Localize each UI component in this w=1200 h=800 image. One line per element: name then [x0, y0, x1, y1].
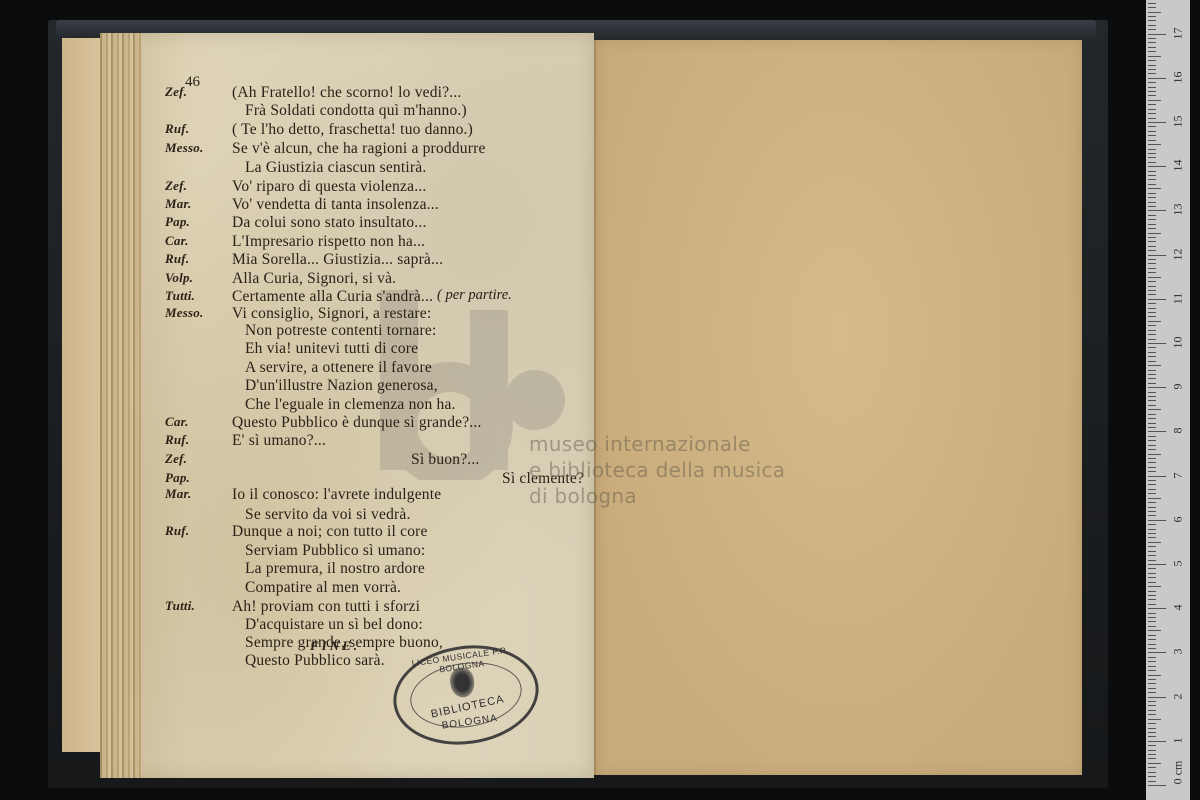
- ruler-label: 0 cm: [1171, 755, 1186, 791]
- ruler-tick: [1148, 560, 1156, 561]
- ruler-tick: [1148, 613, 1156, 614]
- ruler-label: 4: [1171, 598, 1186, 618]
- verse-line: Ruf.E' sì umano?...: [165, 432, 585, 451]
- ruler-tick: [1148, 233, 1161, 234]
- verse-text: Mia Sorella... Giustizia... saprà...: [232, 251, 443, 269]
- speaker-label: Messo.: [165, 305, 203, 321]
- verse-line: La premura, il nostro ardore: [165, 560, 585, 579]
- ruler-tick: [1148, 440, 1156, 441]
- ruler-tick: [1148, 427, 1156, 428]
- ruler-tick: [1148, 524, 1156, 525]
- verse-line: Tutti.Ah! proviam con tutti i sforzi: [165, 598, 585, 617]
- speaker-label: Messo.: [165, 140, 203, 156]
- ruler-tick: [1148, 732, 1156, 733]
- speaker-label: Pap.: [165, 214, 190, 230]
- ruler-tick: [1148, 206, 1156, 207]
- ruler-tick: [1148, 387, 1166, 388]
- ruler-tick: [1148, 16, 1156, 17]
- ruler-tick: [1148, 109, 1156, 110]
- ruler-tick: [1148, 140, 1156, 141]
- watermark-text: museo internazionale e biblioteca della …: [529, 431, 785, 509]
- verse-line: Ruf.Dunque a noi; con tutto il core: [165, 523, 585, 542]
- ruler-tick: [1148, 595, 1156, 596]
- verse-text: Certamente alla Curia s'andrà...: [232, 288, 433, 306]
- ruler-label: 2: [1171, 686, 1186, 706]
- ruler-tick: [1148, 670, 1156, 671]
- ruler-tick: [1148, 577, 1156, 578]
- ruler-label: 11: [1171, 288, 1186, 308]
- verse-line: Messo.Se v'è alcun, che ha ragioni a pro…: [165, 140, 585, 159]
- verse-text: Serviam Pubblico sì umano:: [245, 542, 425, 560]
- ruler-tick: [1148, 476, 1166, 477]
- verse-line: Zef.Sì buon?...: [165, 451, 585, 470]
- ruler-tick: [1148, 414, 1156, 415]
- ruler-tick: [1148, 454, 1161, 455]
- speaker-label: Ruf.: [165, 251, 189, 267]
- ruler-tick: [1148, 644, 1156, 645]
- ruler-tick: [1148, 781, 1156, 782]
- speaker-label: Ruf.: [165, 121, 189, 137]
- ruler-tick: [1148, 458, 1156, 459]
- ruler-tick: [1148, 564, 1166, 565]
- ruler-tick: [1148, 555, 1156, 556]
- ruler-label: 16: [1171, 67, 1186, 87]
- ruler-tick: [1148, 334, 1156, 335]
- verse-line: Che l'eguale in clemenza non ha.: [165, 396, 585, 415]
- ruler-tick: [1148, 692, 1156, 693]
- ruler-tick: [1148, 303, 1156, 304]
- ruler-label: 15: [1171, 112, 1186, 132]
- ruler-tick: [1148, 591, 1156, 592]
- verse-text: Compatire al men vorrà.: [245, 579, 401, 597]
- ruler-tick: [1148, 73, 1156, 74]
- ruler-tick: [1148, 29, 1156, 30]
- ruler-tick: [1148, 383, 1156, 384]
- speaker-label: Zef.: [165, 451, 187, 467]
- ruler-tick: [1148, 95, 1156, 96]
- ruler-tick: [1148, 714, 1156, 715]
- ruler-tick: [1148, 701, 1156, 702]
- ruler-tick: [1148, 202, 1156, 203]
- verse-line: Mar.Vo' vendetta di tanta insolenza...: [165, 196, 585, 215]
- verse-text: Vi consiglio, Signori, a restare:: [232, 305, 431, 323]
- verse-line: Eh via! unitevi tutti di core: [165, 340, 585, 359]
- stage-direction: ( per partire.: [437, 287, 512, 304]
- ruler-tick: [1148, 25, 1156, 26]
- ruler-tick: [1148, 785, 1166, 786]
- ruler-tick: [1148, 122, 1166, 123]
- verse-text: Frà Soldati condotta quì m'hanno.): [245, 102, 467, 120]
- speaker-label: Pap.: [165, 470, 190, 486]
- ruler-tick: [1148, 42, 1156, 43]
- speaker-label: Ruf.: [165, 432, 189, 448]
- ruler-tick: [1148, 697, 1166, 698]
- ruler-tick: [1148, 728, 1156, 729]
- ruler-tick: [1148, 617, 1156, 618]
- ruler-tick: [1148, 131, 1156, 132]
- ruler-tick: [1148, 316, 1156, 317]
- ruler-tick: [1148, 546, 1156, 547]
- ruler-tick: [1148, 157, 1156, 158]
- verse-text: La Giustizia ciascun sentirà.: [245, 159, 426, 177]
- ruler-tick: [1148, 20, 1156, 21]
- ruler-tick: [1148, 772, 1156, 773]
- ruler-tick: [1148, 347, 1156, 348]
- ruler-tick: [1148, 573, 1156, 574]
- verse-text: Sì buon?...: [411, 451, 480, 469]
- speaker-label: Car.: [165, 414, 189, 430]
- ruler-tick: [1148, 599, 1156, 600]
- ruler-tick: [1148, 763, 1161, 764]
- ruler-tick: [1148, 507, 1156, 508]
- verse-line: D'acquistare un sì bel dono:: [165, 616, 585, 635]
- ruler-tick: [1148, 237, 1156, 238]
- ruler-tick: [1148, 608, 1166, 609]
- ruler-tick: [1148, 537, 1156, 538]
- ruler-tick: [1148, 3, 1156, 4]
- verse-line: Mar.Io il conosco: l'avrete indulgente: [165, 486, 585, 505]
- ruler-tick: [1148, 484, 1156, 485]
- speaker-label: Tutti.: [165, 598, 195, 614]
- speaker-label: Zef.: [165, 178, 187, 194]
- ruler-tick: [1148, 551, 1156, 552]
- verse-line: Non potreste contenti tornare:: [165, 322, 585, 341]
- ruler-tick: [1148, 445, 1156, 446]
- ruler-tick: [1148, 736, 1156, 737]
- ruler-tick: [1148, 498, 1161, 499]
- ruler-tick: [1148, 166, 1166, 167]
- ruler-tick: [1148, 489, 1156, 490]
- ruler-tick: [1148, 197, 1156, 198]
- ruler-tick: [1148, 321, 1161, 322]
- ruler-label: 6: [1171, 509, 1186, 529]
- verse-text: Che l'eguale in clemenza non ha.: [245, 396, 456, 414]
- ruler-tick: [1148, 719, 1161, 720]
- ruler-tick: [1148, 639, 1156, 640]
- ruler-tick: [1148, 626, 1156, 627]
- ruler-tick: [1148, 705, 1156, 706]
- verse-text: E' sì umano?...: [232, 432, 326, 450]
- verse-text: Vo' riparo di questa violenza...: [232, 178, 426, 196]
- ruler-tick: [1148, 91, 1156, 92]
- ruler-tick: [1148, 78, 1166, 79]
- verse-text: D'un'illustre Nazion generosa,: [245, 377, 438, 395]
- ruler-tick: [1148, 776, 1156, 777]
- ruler-tick: [1148, 745, 1156, 746]
- verse-line: Serviam Pubblico sì umano:: [165, 542, 585, 561]
- ruler-tick: [1148, 60, 1156, 61]
- ruler-tick: [1148, 467, 1156, 468]
- verse-text: Da colui sono stato insultato...: [232, 214, 427, 232]
- speaker-label: Zef.: [165, 84, 187, 100]
- ruler-ticks: 0 cm123456789101112131415161718: [1146, 0, 1190, 800]
- verse-text: Ah! proviam con tutti i sforzi: [232, 598, 420, 616]
- ruler-tick: [1148, 339, 1156, 340]
- ruler-tick: [1148, 272, 1156, 273]
- ruler-tick: [1148, 286, 1156, 287]
- ruler-label: 14: [1171, 156, 1186, 176]
- ruler-tick: [1148, 741, 1166, 742]
- verse-text: Eh via! unitevi tutti di core: [245, 340, 418, 358]
- verse-line: Car.L'Impresario rispetto non ha...: [165, 233, 585, 252]
- ruler-label: 10: [1171, 333, 1186, 353]
- speaker-label: Mar.: [165, 196, 191, 212]
- ruler-tick: [1148, 723, 1156, 724]
- speaker-label: Volp.: [165, 270, 193, 286]
- ruler-tick: [1148, 431, 1166, 432]
- ruler-tick: [1148, 365, 1161, 366]
- ruler-tick: [1148, 144, 1161, 145]
- ruler-tick: [1148, 405, 1156, 406]
- ruler-tick: [1148, 290, 1156, 291]
- ruler-tick: [1148, 502, 1156, 503]
- ruler-tick: [1148, 679, 1156, 680]
- ruler-tick: [1148, 7, 1156, 8]
- ruler-tick: [1148, 277, 1161, 278]
- ruler-tick: [1148, 343, 1166, 344]
- ruler-tick: [1148, 515, 1156, 516]
- ruler-tick: [1148, 675, 1161, 676]
- verse-line: La Giustizia ciascun sentirà.: [165, 159, 585, 178]
- ruler-tick: [1148, 184, 1156, 185]
- ruler-label: 13: [1171, 200, 1186, 220]
- libretto-text: 46 Zef.(Ah Fratello! che scorno! lo vedi…: [0, 0, 1200, 800]
- ruler-tick: [1148, 259, 1156, 260]
- verse-text: ( Te l'ho detto, fraschetta! tuo danno.): [232, 121, 473, 139]
- measuring-ruler: 0 cm123456789101112131415161718: [1146, 0, 1190, 800]
- ruler-tick: [1148, 688, 1156, 689]
- ruler-tick: [1148, 361, 1156, 362]
- ruler-tick: [1148, 193, 1156, 194]
- ruler-tick: [1148, 224, 1156, 225]
- ruler-tick: [1148, 511, 1156, 512]
- ruler-tick: [1148, 392, 1156, 393]
- ruler-tick: [1148, 188, 1161, 189]
- verse-text: Dunque a noi; con tutto il core: [232, 523, 428, 541]
- verse-text: Vo' vendetta di tanta insolenza...: [232, 196, 439, 214]
- ruler-tick: [1148, 378, 1156, 379]
- ruler-label: 9: [1171, 377, 1186, 397]
- ruler-tick: [1148, 228, 1156, 229]
- ruler-tick: [1148, 449, 1156, 450]
- ruler-tick: [1148, 471, 1156, 472]
- ruler-tick: [1148, 604, 1156, 605]
- verse-line: Ruf.Mia Sorella... Giustizia... saprà...: [165, 251, 585, 270]
- ruler-tick: [1148, 263, 1156, 264]
- ruler-tick: [1148, 12, 1161, 13]
- ruler-tick: [1148, 423, 1156, 424]
- ruler-tick: [1148, 542, 1161, 543]
- ruler-label: 5: [1171, 554, 1186, 574]
- verse-line: Pap.Da colui sono stato insultato...: [165, 214, 585, 233]
- ruler-tick: [1148, 582, 1156, 583]
- verse-line: Frà Soldati condotta quì m'hanno.): [165, 102, 585, 121]
- verse-text: Io il conosco: l'avrete indulgente: [232, 486, 441, 504]
- ruler-tick: [1148, 210, 1166, 211]
- ruler-tick: [1148, 268, 1156, 269]
- ruler-tick: [1148, 179, 1156, 180]
- ruler-tick: [1148, 370, 1156, 371]
- verse-text: L'Impresario rispetto non ha...: [232, 233, 425, 251]
- ruler-tick: [1148, 47, 1156, 48]
- ruler-tick: [1148, 418, 1156, 419]
- ruler-tick: [1148, 255, 1166, 256]
- verse-text: Alla Curia, Signori, si và.: [232, 270, 396, 288]
- ruler-tick: [1148, 396, 1156, 397]
- ruler-tick: [1148, 352, 1156, 353]
- speaker-label: Tutti.: [165, 288, 195, 304]
- verse-line: A servire, a ottenere il favore: [165, 359, 585, 378]
- ruler-tick: [1148, 374, 1156, 375]
- ruler-tick: [1148, 568, 1156, 569]
- ruler-tick: [1148, 241, 1156, 242]
- ruler-tick: [1148, 520, 1166, 521]
- ruler-tick: [1148, 758, 1156, 759]
- ruler-tick: [1148, 38, 1156, 39]
- ruler-tick: [1148, 100, 1161, 101]
- ruler-tick: [1148, 710, 1156, 711]
- ruler-tick: [1148, 215, 1156, 216]
- ruler-tick: [1148, 149, 1156, 150]
- verse-text: Se servito da voi si vedrà.: [245, 506, 411, 524]
- ruler-tick: [1148, 533, 1156, 534]
- ruler-tick: [1148, 754, 1156, 755]
- ruler-tick: [1148, 586, 1161, 587]
- ruler-tick: [1148, 652, 1166, 653]
- verse-text: Questo Pubblico è dunque sì grande?...: [232, 414, 482, 432]
- ruler-tick: [1148, 630, 1161, 631]
- ruler-tick: [1148, 87, 1156, 88]
- ruler-label: 17: [1171, 23, 1186, 43]
- ruler-tick: [1148, 246, 1156, 247]
- ruler-label: 12: [1171, 244, 1186, 264]
- ruler-tick: [1148, 661, 1156, 662]
- ruler-tick: [1148, 400, 1156, 401]
- verse-text: A servire, a ottenere il favore: [245, 359, 432, 377]
- ruler-tick: [1148, 82, 1156, 83]
- verse-line: Zef.Vo' riparo di questa violenza...: [165, 178, 585, 197]
- ruler-tick: [1148, 219, 1156, 220]
- ruler-tick: [1148, 529, 1156, 530]
- ruler-tick: [1148, 294, 1156, 295]
- ruler-tick: [1148, 462, 1156, 463]
- ruler-tick: [1148, 767, 1156, 768]
- ruler-label: 3: [1171, 642, 1186, 662]
- ruler-tick: [1148, 113, 1156, 114]
- ruler-tick: [1148, 126, 1156, 127]
- verse-line: Compatire al men vorrà.: [165, 579, 585, 598]
- ruler-tick: [1148, 104, 1156, 105]
- ruler-tick: [1148, 162, 1156, 163]
- ruler-tick: [1148, 65, 1156, 66]
- ruler-tick: [1148, 493, 1156, 494]
- ruler-tick: [1148, 299, 1166, 300]
- ruler-tick: [1148, 657, 1156, 658]
- ruler-tick: [1148, 356, 1156, 357]
- ruler-tick: [1148, 171, 1156, 172]
- end-label: FINE.: [310, 638, 360, 654]
- ruler-tick: [1148, 56, 1161, 57]
- ruler-label: 8: [1171, 421, 1186, 441]
- ruler-tick: [1148, 436, 1156, 437]
- ruler-tick: [1148, 69, 1156, 70]
- verse-text: D'acquistare un sì bel dono:: [245, 616, 423, 634]
- ruler-tick: [1148, 666, 1156, 667]
- verse-line: Car.Questo Pubblico è dunque sì grande?.…: [165, 414, 585, 433]
- verse-text: (Ah Fratello! che scorno! lo vedi?...: [232, 84, 462, 102]
- ruler-tick: [1148, 621, 1156, 622]
- ruler-tick: [1148, 135, 1156, 136]
- verse-line: Ruf.( Te l'ho detto, fraschetta! tuo dan…: [165, 121, 585, 140]
- ruler-tick: [1148, 51, 1156, 52]
- ruler-tick: [1148, 153, 1156, 154]
- speaker-label: Car.: [165, 233, 189, 249]
- ruler-tick: [1148, 118, 1156, 119]
- verse-text: Se v'è alcun, che ha ragioni a proddurre: [232, 140, 486, 158]
- verse-line: Volp.Alla Curia, Signori, si và.: [165, 270, 585, 289]
- ruler-label: 1: [1171, 730, 1186, 750]
- ruler-tick: [1148, 409, 1161, 410]
- ruler-tick: [1148, 480, 1156, 481]
- speaker-label: Ruf.: [165, 523, 189, 539]
- verse-text: Questo Pubblico sarà.: [245, 652, 385, 670]
- ruler-label: 7: [1171, 465, 1186, 485]
- ruler-tick: [1148, 648, 1156, 649]
- verse-text: Non potreste contenti tornare:: [245, 322, 437, 340]
- ruler-tick: [1148, 250, 1156, 251]
- ruler-tick: [1148, 312, 1156, 313]
- verse-line: D'un'illustre Nazion generosa,: [165, 377, 585, 396]
- ruler-tick: [1148, 281, 1156, 282]
- verse-text: La premura, il nostro ardore: [245, 560, 425, 578]
- ruler-tick: [1148, 635, 1156, 636]
- ruler-tick: [1148, 34, 1166, 35]
- ruler-tick: [1148, 175, 1156, 176]
- ruler-tick: [1148, 330, 1156, 331]
- speaker-label: Mar.: [165, 486, 191, 502]
- ruler-tick: [1148, 683, 1156, 684]
- verse-line: Zef.(Ah Fratello! che scorno! lo vedi?..…: [165, 84, 585, 103]
- ruler-tick: [1148, 750, 1156, 751]
- ruler-tick: [1148, 325, 1156, 326]
- ruler-tick: [1148, 308, 1156, 309]
